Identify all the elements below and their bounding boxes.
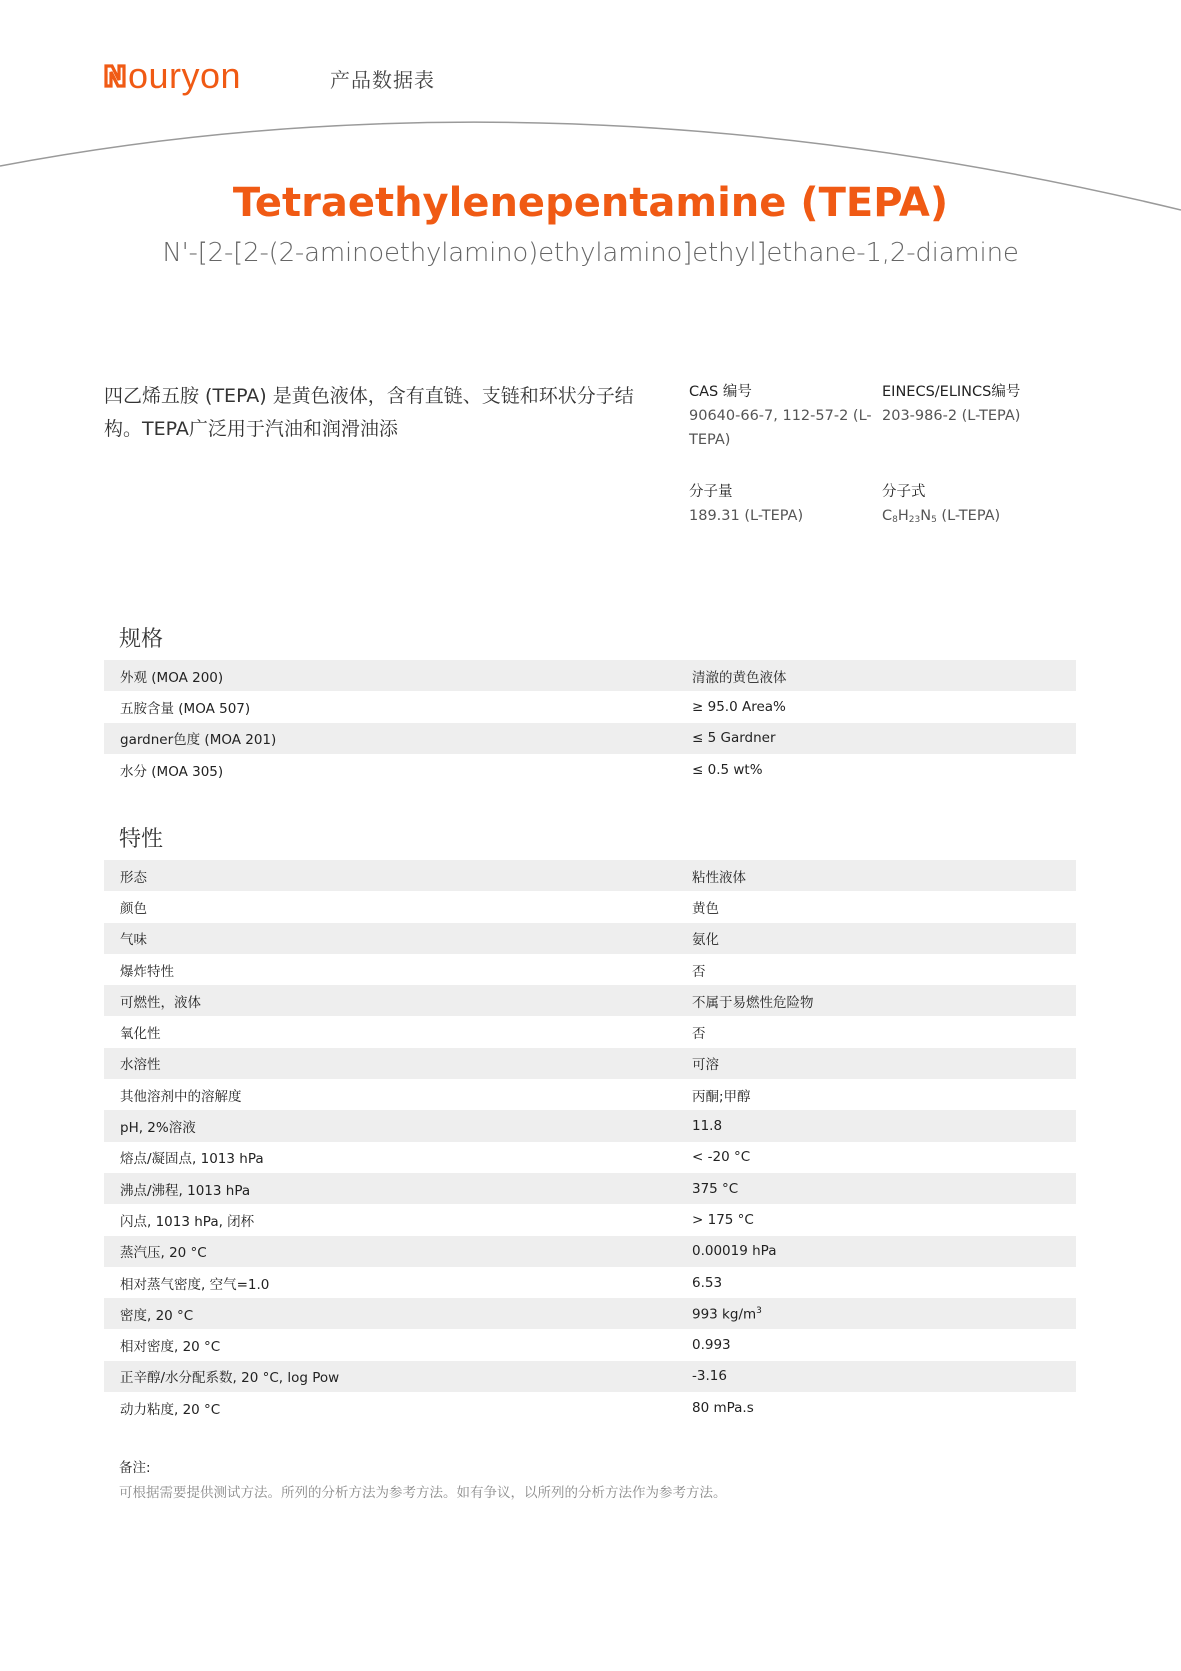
table-row: 五胺含量 (MOA 507)≥ 95.0 Area% — [104, 691, 1076, 722]
header: ouryon — [103, 56, 241, 96]
table-row: 沸点/沸程, 1013 hPa375 °C — [104, 1173, 1076, 1204]
table-row: 水分 (MOA 305)≤ 0.5 wt% — [104, 754, 1076, 785]
molecular-formula-label: 分子式 — [882, 480, 1102, 504]
specifications-table: 外观 (MOA 200)清澈的黄色液体 五胺含量 (MOA 507)≥ 95.0… — [104, 660, 1076, 785]
einecs-number: EINECS/ELINCS编号 203-986-2 (L-TEPA) — [882, 380, 1102, 428]
table-row: 密度, 20 °C993 kg/m3 — [104, 1298, 1076, 1329]
molecular-formula: 分子式 C8H23N5 (L-TEPA) — [882, 480, 1102, 532]
table-row: 氧化性否 — [104, 1016, 1076, 1047]
nouryon-n-icon — [103, 63, 127, 89]
cas-value: 90640-66-7, 112-57-2 (L-TEPA) — [689, 404, 879, 452]
nouryon-logo: ouryon — [103, 55, 241, 97]
specifications-title: 规格 — [119, 622, 163, 653]
table-row: 爆炸特性否 — [104, 954, 1076, 985]
einecs-label: EINECS/ELINCS编号 — [882, 380, 1102, 404]
properties-title: 特性 — [119, 822, 163, 853]
product-iupac-name: N'-[2-[2-(2-aminoethylamino)ethylamino]e… — [0, 238, 1181, 268]
product-description: 四乙烯五胺 (TEPA) 是黄色液体，含有直链、支链和环状分子结构。TEPA广泛… — [104, 380, 664, 446]
table-row: 闪点, 1013 hPa, 闭杯> 175 °C — [104, 1204, 1076, 1235]
cas-number: CAS 编号 90640-66-7, 112-57-2 (L-TEPA) — [689, 380, 879, 452]
table-row: gardner色度 (MOA 201)≤ 5 Gardner — [104, 723, 1076, 754]
document-type: 产品数据表 — [330, 64, 435, 93]
table-row: 动力粘度, 20 °C80 mPa.s — [104, 1392, 1076, 1423]
molecular-weight-value: 189.31 (L-TEPA) — [689, 504, 879, 528]
table-row: 形态粘性液体 — [104, 860, 1076, 891]
table-row: 可燃性，液体不属于易燃性危险物 — [104, 985, 1076, 1016]
table-row: 颜色黄色 — [104, 891, 1076, 922]
table-row: 气味氨化 — [104, 923, 1076, 954]
molecular-weight: 分子量 189.31 (L-TEPA) — [689, 480, 879, 528]
einecs-value: 203-986-2 (L-TEPA) — [882, 404, 1102, 428]
notes: 备注: 可根据需要提供测试方法。所列的分析方法为参考方法。如有争议，以所列的分析… — [119, 1456, 727, 1506]
table-row: 外观 (MOA 200)清澈的黄色液体 — [104, 660, 1076, 691]
table-row: 蒸汽压, 20 °C0.00019 hPa — [104, 1236, 1076, 1267]
properties-table: 形态粘性液体 颜色黄色 气味氨化 爆炸特性否 可燃性，液体不属于易燃性危险物 氧… — [104, 860, 1076, 1423]
cas-label: CAS 编号 — [689, 380, 879, 404]
molecular-weight-label: 分子量 — [689, 480, 879, 504]
table-row: 其他溶剂中的溶解度丙酮;甲醇 — [104, 1079, 1076, 1110]
table-row: 水溶性可溶 — [104, 1048, 1076, 1079]
notes-text: 可根据需要提供测试方法。所列的分析方法为参考方法。如有争议，以所列的分析方法作为… — [119, 1481, 727, 1506]
product-title: Tetraethylenepentamine (TEPA) — [0, 180, 1181, 226]
notes-label: 备注: — [119, 1456, 727, 1481]
table-row: 正辛醇/水分配系数, 20 °C, log Pow-3.16 — [104, 1361, 1076, 1392]
table-row: 熔点/凝固点, 1013 hPa< -20 °C — [104, 1142, 1076, 1173]
logo-text: ouryon — [128, 55, 241, 97]
table-row: 相对蒸气密度, 空气=1.06.53 — [104, 1267, 1076, 1298]
table-row: pH, 2%溶液11.8 — [104, 1110, 1076, 1141]
table-row: 相对密度, 20 °C0.993 — [104, 1329, 1076, 1360]
molecular-formula-value: C8H23N5 (L-TEPA) — [882, 504, 1102, 532]
